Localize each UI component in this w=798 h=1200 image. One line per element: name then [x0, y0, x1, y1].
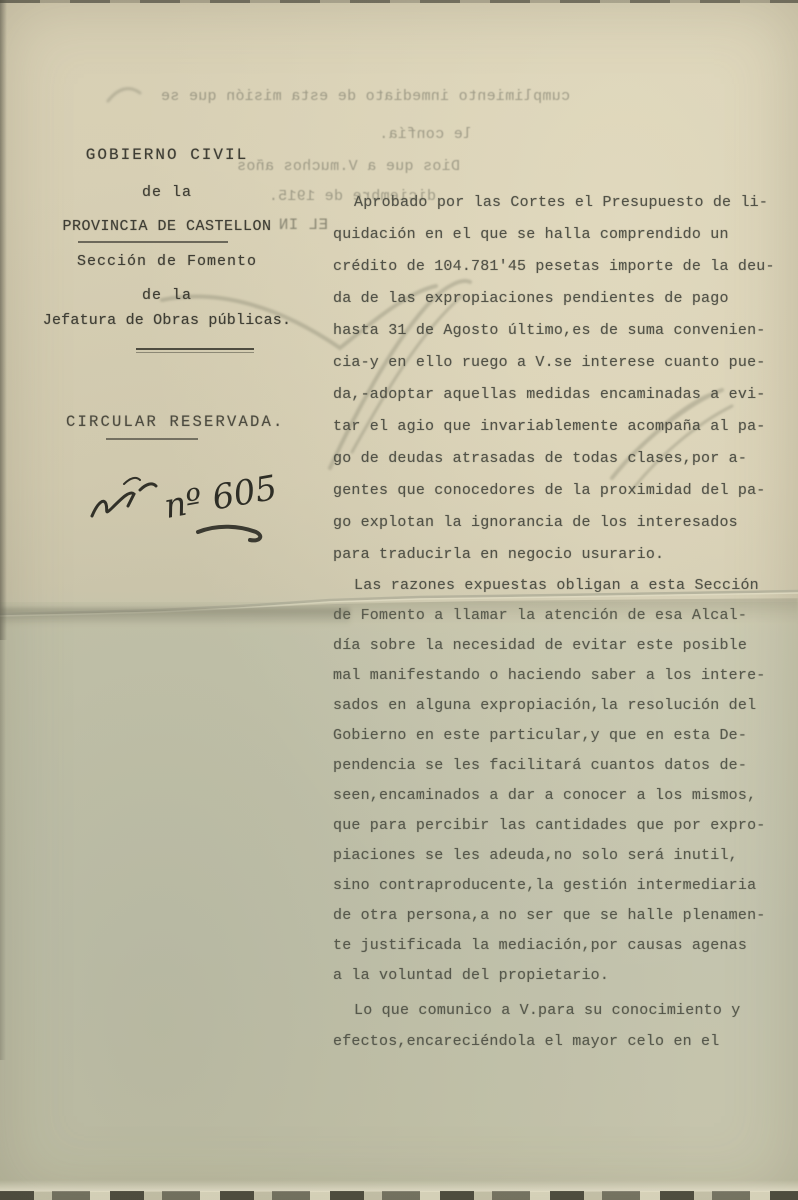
scanned-document-page: cumplimiento inmediato de esta misión qu… — [0, 0, 798, 1200]
scan-edge-left — [0, 0, 7, 640]
scan-edge-left — [0, 640, 6, 1060]
scan-edge-bottom — [0, 1191, 798, 1200]
fold-shadow — [0, 608, 350, 626]
scan-edge-top — [0, 0, 798, 3]
